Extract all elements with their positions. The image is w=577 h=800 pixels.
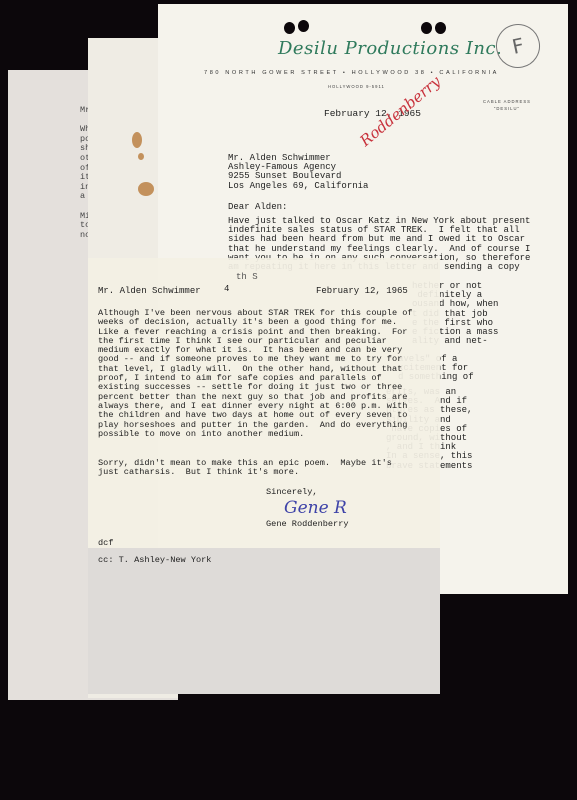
closing: Sincerely, xyxy=(266,487,318,497)
punch-hole xyxy=(421,22,432,34)
stain xyxy=(132,132,142,148)
bleedthrough-text: th S xyxy=(236,272,258,282)
page-number: 4 xyxy=(224,284,229,294)
cable-label: CABLE ADDRESS xyxy=(483,98,531,105)
punch-hole xyxy=(284,22,295,34)
closing-paragraph: Sorry, didn't mean to make this an epic … xyxy=(98,459,392,478)
signer-name: Gene Roddenberry xyxy=(266,519,349,529)
letterhead-phone: HOLLYWOOD 9-5911 xyxy=(328,84,385,89)
circled-f-mark: F xyxy=(492,20,544,72)
onionskin-lower-area xyxy=(88,548,440,694)
letterhead-cable-address: CABLE ADDRESS "DESILU" xyxy=(483,98,531,112)
punch-hole xyxy=(298,20,309,32)
letterhead-company-name: Desilu Productions Inc. xyxy=(278,38,502,59)
punch-hole xyxy=(435,22,446,34)
handwritten-signature: Gene R xyxy=(284,498,347,518)
carbon-copy-line: cc: T. Ashley-New York xyxy=(98,555,211,565)
page-header-date: February 12, 1965 xyxy=(316,286,408,296)
letter-page-four: th S Mr. Alden Schwimmer 4 February 12, … xyxy=(88,258,440,694)
letter-body: Although I've been nervous about STAR TR… xyxy=(98,309,434,439)
page-header-recipient: Mr. Alden Schwimmer xyxy=(98,286,201,296)
cable-value: "DESILU" xyxy=(483,105,531,112)
salutation: Dear Alden: xyxy=(228,202,287,212)
letterhead-address: 780 NORTH GOWER STREET • HOLLYWOOD 38 • … xyxy=(204,70,499,76)
recipient-address: Mr. Alden Schwimmer Ashley-Famous Agency… xyxy=(228,154,368,191)
stain xyxy=(138,153,144,160)
stain xyxy=(138,182,154,196)
typist-initials: dcf xyxy=(98,538,113,548)
